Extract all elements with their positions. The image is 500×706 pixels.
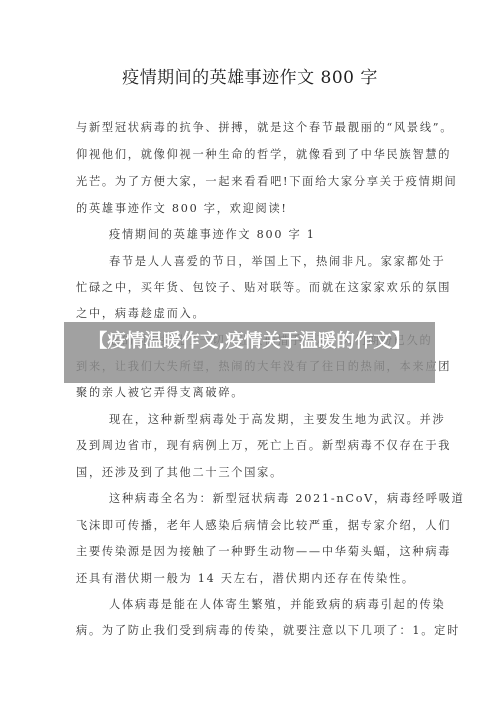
paragraph-line: 人体病毒是能在人体寄生繁殖，并能致病的病毒引起的传染 bbox=[109, 598, 445, 612]
paragraph-line: 的英雄事迹作文 800 字，欢迎阅读! bbox=[76, 202, 288, 216]
paragraph-line: 还具有潜伏期一般为 14 天左右，潜伏期内还存在传染性。 bbox=[76, 572, 415, 586]
paragraph-line: 疫情期间的英雄事迹作文 800 字 1 bbox=[109, 228, 316, 242]
paragraph-line: 及到周边省市，现有病例上万，死亡上百。新型病毒不仅存在于我 bbox=[76, 439, 451, 453]
paragraph-line: 这种病毒全名为：新型冠状病毒 2021-nCoV，病毒经呼吸道 bbox=[109, 492, 465, 506]
paragraph-line: 忙碌之中，买年货、包饺子、贴对联等。而就在这家家欢乐的氛围 bbox=[76, 281, 451, 295]
paragraph-line: 之中，病毒趁虚而入。 bbox=[76, 307, 205, 321]
paragraph-line: 光芒。为了方便大家，一起来看看吧!下面给大家分享关于疫情期间 bbox=[76, 175, 457, 189]
paragraph-line: 主要传染源是因为接触了一种野生动物——中华菊头蝠，这种病毒 bbox=[76, 545, 451, 559]
paragraph-line: 聚的亲人被它弄得支离破碎。 bbox=[76, 386, 244, 400]
document-title: 疫情期间的英雄事迹作文 800 字 bbox=[0, 63, 500, 88]
overlay-banner-text: 【疫情温暖作文,疫情关于温暖的作文】 bbox=[64, 330, 435, 354]
paragraph-line: 国，还涉及到了其他二十三个国家。 bbox=[76, 466, 283, 480]
paragraph-line: 与新型冠状病毒的抗争、拼搏，就是这个春节最靓丽的“风景线”。 bbox=[76, 121, 453, 135]
paragraph-line: 飞沫即可传播，老年人感染后病情会比较严重，据专家介绍，人们 bbox=[76, 519, 451, 533]
paragraph-line: 现在，这种新型病毒处于高发期，主要发生地为武汉。并涉 bbox=[109, 413, 445, 427]
paragraph-line: 病。为了防止我们受到病毒的传染，就要注意以下几项了：1。定时 bbox=[76, 624, 460, 638]
paragraph-line: 仰视他们，就像仰视一种生命的哲学，就像看到了中华民族智慧的 bbox=[76, 148, 451, 162]
paragraph-line: 春节是人人喜爱的节日，举国上下，热闹非凡。家家都处于 bbox=[109, 255, 445, 269]
title-overlay-banner: 【疫情温暖作文,疫情关于温暖的作文】 bbox=[64, 322, 435, 383]
